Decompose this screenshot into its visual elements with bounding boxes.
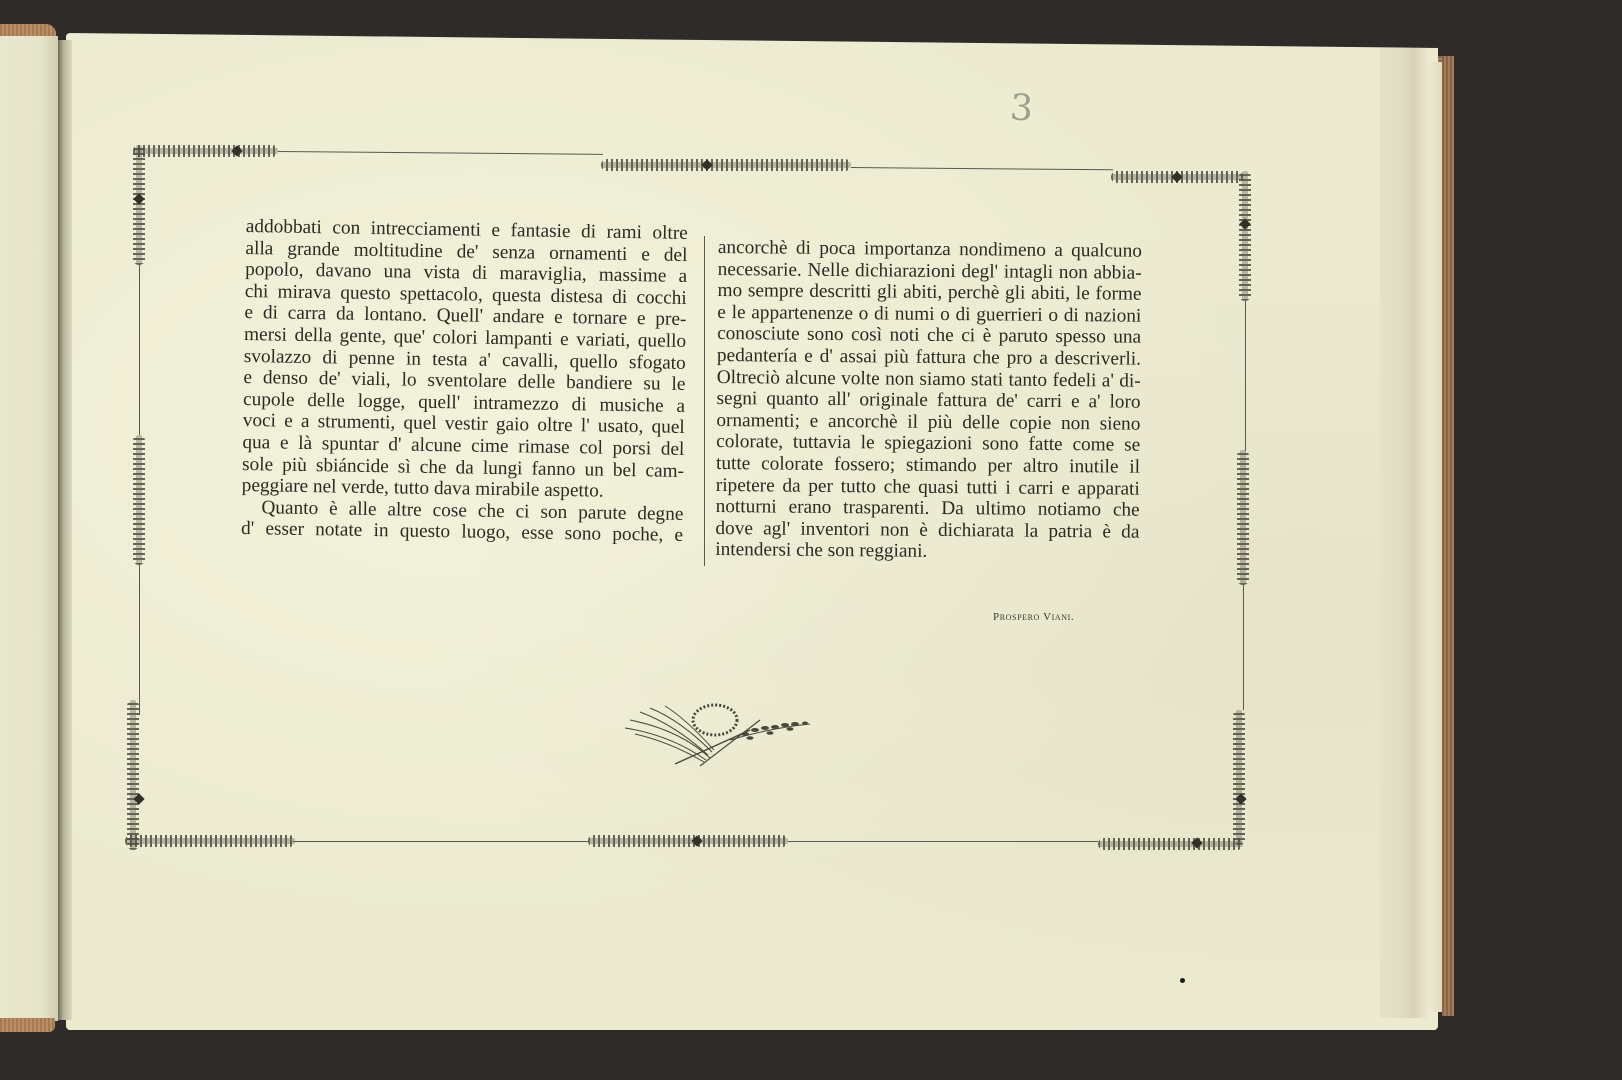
page-stack — [1428, 62, 1442, 1012]
column-divider-rule — [704, 236, 705, 566]
left-page — [0, 36, 58, 1021]
border-bottom-center-band — [588, 835, 788, 847]
border-left-bottom-band — [127, 700, 139, 850]
text-line: pedantería e d' assai più fattura che pr… — [717, 345, 1141, 370]
text-line: ancorchè di poca importanza nondimeno a … — [718, 237, 1142, 262]
border-left-rule-upper — [139, 265, 140, 435]
text-column-right: ancorchè di poca importanza nondimeno a … — [715, 237, 1142, 565]
border-bottom-rule-right — [788, 841, 1098, 842]
border-right-bottom-band — [1233, 710, 1245, 845]
right-cover-edge — [1442, 56, 1454, 1016]
pencil-page-number: 3 — [1009, 87, 1035, 129]
border-right-rule-lower — [1243, 585, 1244, 710]
ink-speck — [1180, 978, 1185, 983]
author-signature: Prospero Viani. — [993, 611, 1074, 623]
border-left-rule-lower — [139, 565, 140, 715]
border-top-left-corner-band — [133, 145, 278, 157]
palm-laurel-vignette-icon — [620, 700, 820, 768]
border-right-rule-upper — [1245, 301, 1246, 451]
border-right-center-band — [1237, 450, 1249, 585]
border-top-rule-left — [278, 151, 603, 155]
text-line: intendersi che son reggiani. — [715, 539, 1139, 564]
border-left-center-band — [133, 435, 145, 565]
border-bottom-rule-left — [293, 841, 588, 842]
text-column-left: addobbati con intrecciamenti e fantasie … — [241, 216, 688, 547]
left-cover-bottom-edge — [0, 1018, 55, 1032]
border-left-top-band — [133, 145, 145, 265]
border-bottom-right-corner-band — [1098, 838, 1243, 850]
border-right-top-band — [1239, 171, 1251, 301]
page-fore-edge — [1380, 48, 1428, 1018]
border-top-rule-right — [851, 167, 1113, 170]
text-line: tutte colorate fossero; stimando per alt… — [716, 453, 1140, 478]
border-top-center-band — [601, 159, 851, 171]
gutter-shadow — [58, 40, 72, 1020]
border-bottom-left-corner-band — [125, 835, 295, 847]
